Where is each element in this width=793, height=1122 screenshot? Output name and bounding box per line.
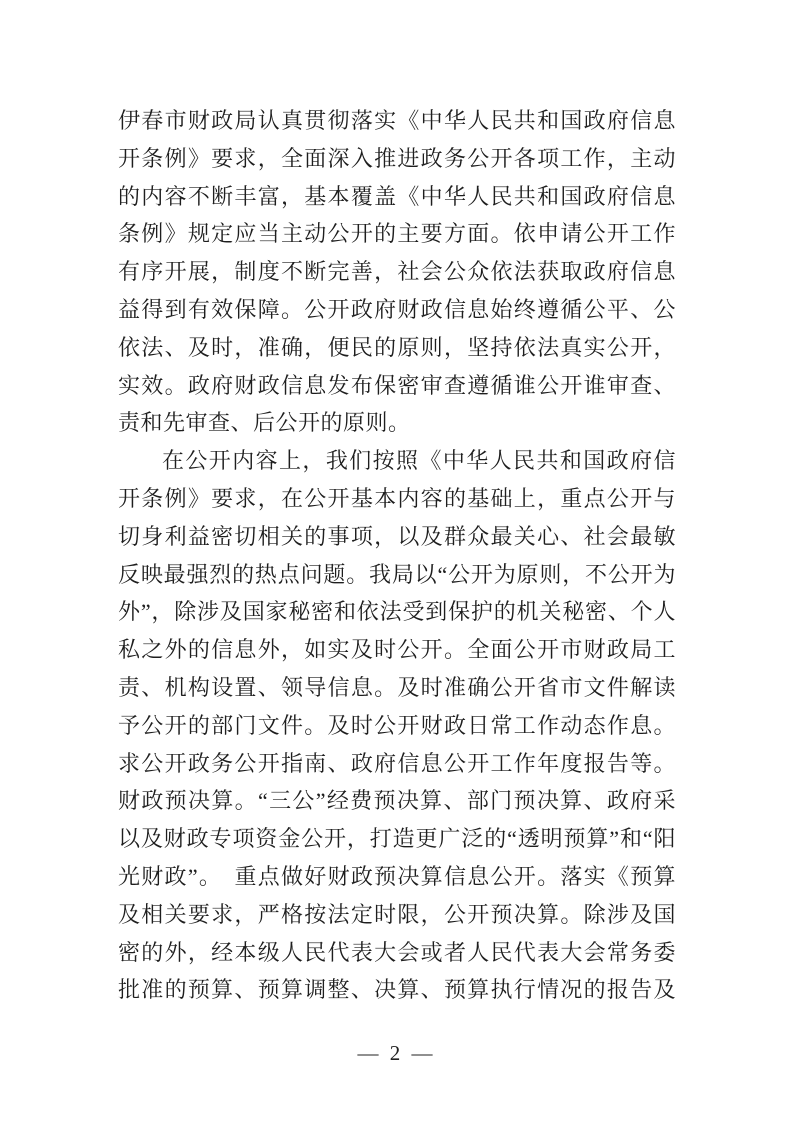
text-line: 予公开的部门文件。及时公开财政日常工作动态作息。按要	[118, 707, 676, 745]
document-body: 伊春市财政局认真贯彻落实《中华人民共和国政府信息公 开条例》要求，全面深入推进政…	[118, 102, 676, 1009]
text-line: 实效。政府财政信息发布保密审查遵循谁公开谁审查、谁负	[118, 367, 676, 405]
text-line: 批准的预算、预算调整、决算、预算执行情况的报告及报表，	[118, 971, 676, 1009]
text-line: 财政预决算。“三公”经费预决算、部门预决算、政府采购	[118, 782, 676, 820]
text-line: 伊春市财政局认真贯彻落实《中华人民共和国政府信息公	[118, 102, 676, 140]
text-line: 外”，除涉及国家秘密和依法受到保护的机关秘密、个人隐	[118, 593, 676, 631]
text-line: 依法、及时，准确，便民的原则，坚持依法真实公开，注重	[118, 329, 676, 367]
paragraph-1: 伊春市财政局认真贯彻落实《中华人民共和国政府信息公 开条例》要求，全面深入推进政…	[118, 102, 676, 442]
text-line: 益得到有效保障。公开政府财政信息始终遵循公平、公正、	[118, 291, 676, 329]
text-line: 有序开展，制度不断完善，社会公众依法获取政府信息的权	[118, 253, 676, 291]
text-line: 及相关要求，严格按法定时限，公开预决算。除涉及国家秘	[118, 896, 676, 934]
text-line: 的内容不断丰富，基本覆盖《中华人民共和国政府信息公开	[118, 178, 676, 216]
text-line: 责和先审查、后公开的原则。	[118, 404, 676, 442]
text-line: 私之外的信息外，如实及时公开。全面公开市财政局工作职	[118, 631, 676, 669]
text-line: 条例》规定应当主动公开的主要方面。依申请公开工作稳步	[118, 215, 676, 253]
text-line: 求公开政务公开指南、政府信息公开工作年度报告等。强化	[118, 745, 676, 783]
text-line: 反映最强烈的热点问题。我局以“公开为原则，不公开为例	[118, 556, 676, 594]
paragraph-2: 在公开内容上，我们按照《中华人民共和国政府信息公 开条例》要求，在公开基本内容的…	[118, 442, 676, 1009]
text-line: 责、机构设置、领导信息。及时准确公开省市文件解读和应	[118, 669, 676, 707]
text-line: 开条例》要求，全面深入推进政务公开各项工作，主动公开	[118, 140, 676, 178]
document-page: 伊春市财政局认真贯彻落实《中华人民共和国政府信息公 开条例》要求，全面深入推进政…	[0, 0, 793, 1122]
text-line: 以及财政专项资金公开，打造更广泛的“透明预算”和“阳	[118, 820, 676, 858]
text-line: 在公开内容上，我们按照《中华人民共和国政府信息公	[118, 442, 676, 480]
text-line: 光财政”。 重点做好财政预决算信息公开。落实《预算法》	[118, 858, 676, 896]
text-line: 密的外，经本级人民代表大会或者人民代表大会常务委员会	[118, 934, 676, 972]
page-number: — 2 —	[0, 1040, 793, 1066]
text-line: 开条例》要求，在公开基本内容的基础上，重点公开与群众	[118, 480, 676, 518]
text-line: 切身利益密切相关的事项，以及群众最关心、社会最敏感、	[118, 518, 676, 556]
